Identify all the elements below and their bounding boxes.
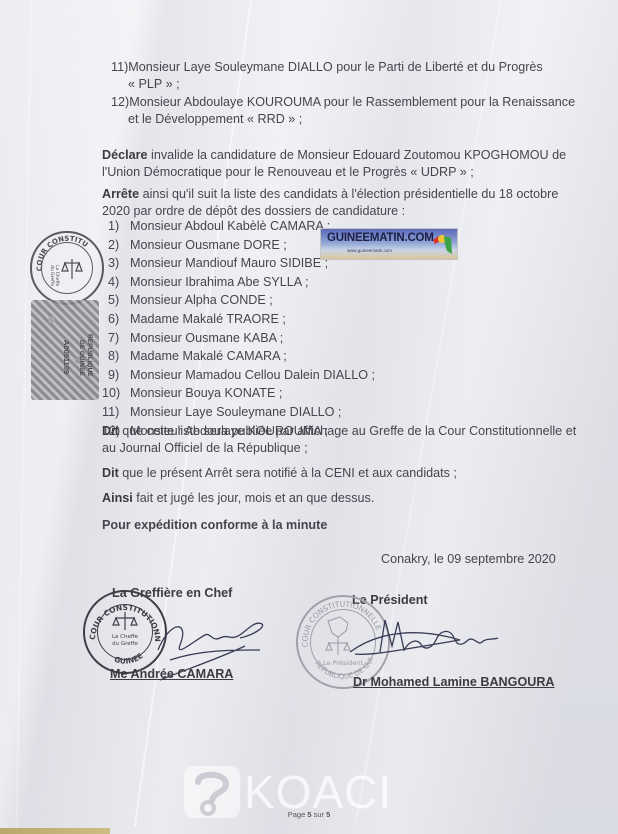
ainsi-text: fait et jugé les jour, mois et an que de… <box>133 491 375 505</box>
fiscal-stamp: REPUBLIQUE DE GUINEE A0051109 <box>31 300 99 400</box>
candidate-list-item: 6)Madame Makalé TRAORE ; <box>108 310 375 329</box>
background-surface <box>0 828 110 834</box>
arrete-keyword: Arrête <box>102 187 139 201</box>
candidate-name: Monsieur Abdoul Kabèlè CAMARA ; <box>130 219 330 233</box>
page-label: Page <box>288 810 308 819</box>
candidate-name: Madame Makalé CAMARA ; <box>130 349 287 363</box>
candidate-number: 6) <box>108 310 130 329</box>
declare-keyword: Déclare <box>102 148 148 162</box>
candidate-list-item: 4)Monsieur Ibrahima Abe SYLLA ; <box>108 273 375 292</box>
svg-text:COUR CONSTITU: COUR CONSTITU <box>36 235 90 272</box>
declare-text: invalide la candidature de Monsieur Edou… <box>148 148 567 162</box>
candidate-number: 8) <box>108 347 130 366</box>
guinea-map-icon <box>431 232 453 256</box>
svg-text:du Greffe: du Greffe <box>49 265 55 286</box>
candidate-list-item: 11)Monsieur Laye Souleymane DIALLO ; <box>102 403 375 422</box>
item-text: Monsieur Laye Souleymane DIALLO pour le … <box>128 60 542 74</box>
ainsi-paragraph: Ainsi fait et jugé les jour, mois et an … <box>102 490 374 507</box>
candidate-number: 11) <box>102 403 130 422</box>
dit-keyword: Dit <box>102 466 119 480</box>
candidate-name: Monsieur Alpha CONDE ; <box>130 293 273 307</box>
candidate-name: Monsieur Bouya KONATE ; <box>130 386 282 400</box>
dit-keyword: Dit <box>102 424 119 438</box>
page-total: 5 <box>326 810 330 819</box>
stamp-ring-text: COUR CONSTITU La Cheffe du Greffe <box>32 233 102 303</box>
dit-notification-paragraph: Dit que le présent Arrêt sera notifié à … <box>102 465 457 482</box>
candidate-number: 10) <box>102 384 130 403</box>
candidate-name: Monsieur Ousmane DORE ; <box>130 238 287 252</box>
candidate-list-item: 10)Monsieur Bouya KONATE ; <box>102 384 375 403</box>
fiscal-stamp-serial: A0051109 <box>62 340 71 374</box>
svg-text:du Greffe: du Greffe <box>112 641 138 647</box>
declare-paragraph-cont: l'Union Démocratique pour le Renouveau e… <box>102 164 474 181</box>
candidate-name: Monsieur Ousmane KABA ; <box>130 331 283 345</box>
preamble-item-cont: « PLP » ; <box>128 76 180 93</box>
preamble-item: 11)Monsieur Laye Souleymane DIALLO pour … <box>111 59 543 76</box>
candidate-number: 2) <box>108 236 130 255</box>
signatory-name-left: Me Andrée CAMARA <box>110 667 233 681</box>
preamble-item: 12)Monsieur Abdoulaye KOUROUMA pour le R… <box>111 94 575 111</box>
item-number: 11) <box>111 60 128 74</box>
candidate-number: 7) <box>108 329 130 348</box>
item-text: Monsieur Abdoulaye KOUROUMA pour le Rass… <box>129 95 575 109</box>
candidate-list-item: 9)Monsieur Mamadou Cellou Dalein DIALLO … <box>108 366 375 385</box>
candidate-list-item: 7)Monsieur Ousmane KABA ; <box>108 329 375 348</box>
paper-crease <box>355 0 502 822</box>
candidate-name: Monsieur Mamadou Cellou Dalein DIALLO ; <box>130 368 375 382</box>
guineematin-watermark: GUINEEMATIN.COM www.guineematin.com <box>320 228 458 260</box>
watermark-subtitle: www.guineematin.com <box>347 248 392 253</box>
candidate-number: 3) <box>108 254 130 273</box>
candidate-number: 1) <box>108 217 130 236</box>
candidate-list-item: 5)Monsieur Alpha CONDE ; <box>108 291 375 310</box>
dit-text: que le présent Arrêt sera notifié à la C… <box>119 466 457 480</box>
candidate-list-item: 8)Madame Makalé CAMARA ; <box>108 347 375 366</box>
fiscal-stamp-text: REPUBLIQUE <box>86 334 93 377</box>
item-number: 12) <box>111 95 129 109</box>
arrete-paragraph: Arrête ainsi qu'il suit la liste des can… <box>102 186 558 203</box>
page-number: Page 5 sur 5 <box>0 810 618 819</box>
arrete-text: ainsi qu'il suit la liste des candidats … <box>139 187 558 201</box>
expedition-line: Pour expédition conforme à la minute <box>102 517 327 534</box>
svg-text:La Cheffe: La Cheffe <box>112 634 139 640</box>
signature-president <box>340 610 540 670</box>
candidate-name: Monsieur Mandiouf Mauro SIDIBE ; <box>130 256 328 270</box>
candidate-name: Monsieur Laye Souleymane DIALLO ; <box>130 405 341 419</box>
dit-text: que cette liste sera publiée par afficha… <box>119 424 576 438</box>
ainsi-keyword: Ainsi <box>102 491 133 505</box>
candidate-name: Monsieur Ibrahima Abe SYLLA ; <box>130 275 309 289</box>
page-label: sur <box>312 810 327 819</box>
candidate-number: 5) <box>108 291 130 310</box>
svg-text:GUINEE: GUINEE <box>113 651 145 666</box>
watermark-title: GUINEEMATIN.COM <box>327 232 434 244</box>
preamble-item-cont: et le Développement « RRD » ; <box>128 111 302 128</box>
candidate-number: 9) <box>108 366 130 385</box>
signatory-name-right: Dr Mohamed Lamine BANGOURA <box>353 675 555 689</box>
court-stamp-margin: COUR CONSTITU La Cheffe du Greffe <box>30 231 104 305</box>
place-date: Conakry, le 09 septembre 2020 <box>381 551 556 568</box>
candidate-number: 4) <box>108 273 130 292</box>
declare-paragraph: Déclare invalide la candidature de Monsi… <box>102 147 566 164</box>
candidate-name: Madame Makalé TRAORE ; <box>130 312 286 326</box>
fiscal-stamp-text: DE GUINEE <box>78 340 85 376</box>
dit-paragraph: Dit que cette liste sera publiée par aff… <box>102 423 576 440</box>
paper-crease <box>15 0 32 834</box>
dit-paragraph-cont: au Journal Officiel de la République ; <box>102 440 308 457</box>
